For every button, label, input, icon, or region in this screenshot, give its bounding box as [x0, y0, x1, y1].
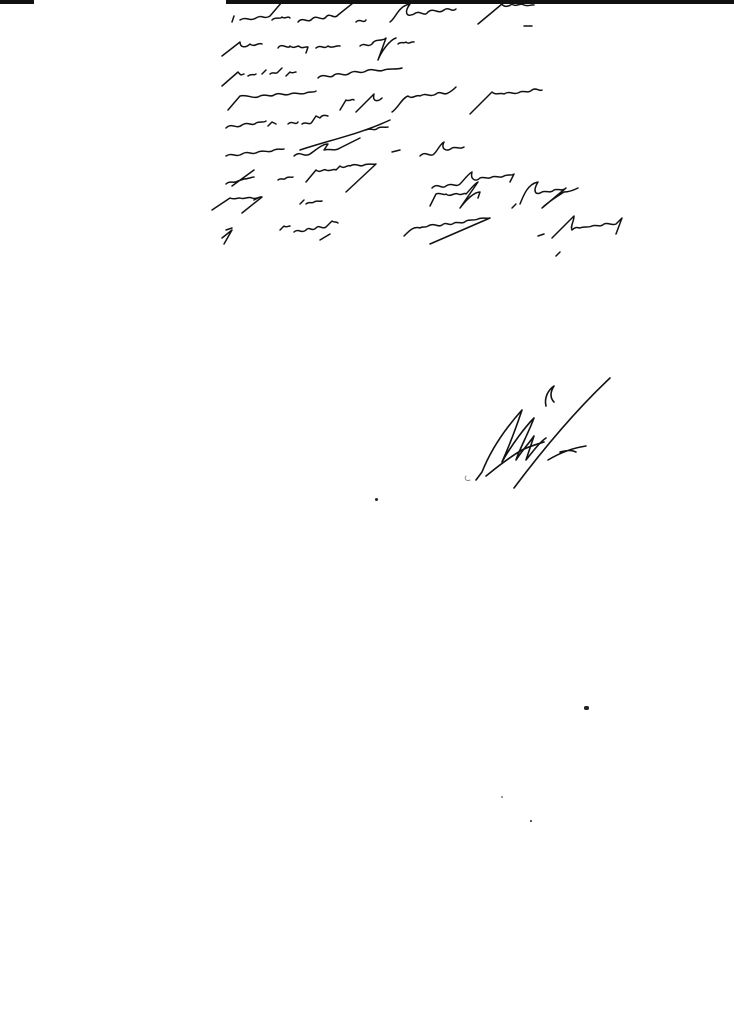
stray-mark — [584, 706, 589, 710]
handwriting-line-6 — [226, 138, 464, 156]
document-page: [illegible handwriting] [illegible handw… — [0, 0, 734, 1010]
handwriting-line-3 — [222, 68, 402, 86]
handwriting-line-1 — [232, 0, 534, 26]
handwriting-line-5 — [226, 115, 390, 150]
stray-mark — [501, 796, 503, 798]
handwriting-line-8 — [212, 182, 578, 213]
stray-mark — [375, 498, 378, 501]
handwriting-line-4 — [228, 87, 542, 114]
signature — [465, 378, 610, 488]
handwriting-ink — [0, 0, 734, 1010]
handwriting-line-2 — [222, 38, 414, 60]
handwriting-line-9 — [222, 216, 622, 256]
stray-mark — [530, 820, 532, 822]
